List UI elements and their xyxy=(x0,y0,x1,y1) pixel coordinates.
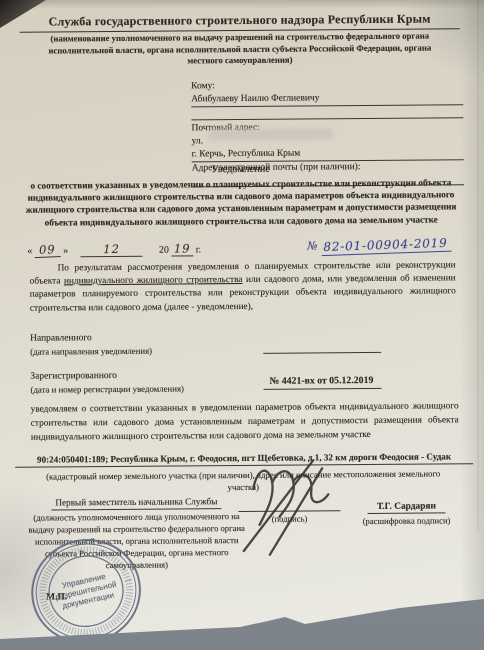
year-suffix: г. xyxy=(196,244,201,255)
close-quote: » xyxy=(63,245,68,256)
sent-label: Направленного xyxy=(30,333,92,343)
recipient-blank-line xyxy=(191,105,463,120)
document-content: Служба государственного строительного на… xyxy=(0,0,484,650)
signatory-name-block: Т.Г. Сардарян (расшифровка подписи) xyxy=(342,495,470,526)
p1-underlined-phrase: индивидуального жилищного строительства xyxy=(64,275,243,286)
signatory-position: Первый заместитель начальника Службы xyxy=(51,495,221,510)
registered-hint: (дата и номер регистрации уведомления) xyxy=(30,383,183,394)
handwritten-day: 09 xyxy=(34,242,61,258)
sent-hint: (дата направления уведомления) xyxy=(30,346,152,357)
handwritten-year: 19 xyxy=(171,241,193,256)
issuing-authority-hint: (наименование уполномоченного на выдачу … xyxy=(38,30,442,68)
registered-label: Зарегистрированного xyxy=(30,371,117,382)
year-century: 20 xyxy=(159,245,169,256)
notice-subtitle: о соответствии указанных в уведомлении о… xyxy=(25,176,457,228)
handwritten-document-number: 82-01-00904-2019 xyxy=(321,236,452,256)
paper-sheet: Служба государственного строительного на… xyxy=(0,0,484,650)
sent-date-blank-line xyxy=(263,351,381,354)
document-number-block: № 82-01-00904-2019 xyxy=(307,237,451,254)
number-sign: № xyxy=(307,239,318,252)
paragraph-compliance-statement: уведомляем о соответствии указанных в ув… xyxy=(31,400,459,445)
handwritten-signature-icon xyxy=(225,454,348,561)
registration-number-value: № 4421-вх от 05.12.2019 xyxy=(263,375,381,390)
open-quote: « xyxy=(27,246,32,257)
signatory-name: Т.Г. Сардарян xyxy=(367,501,446,514)
issuing-authority-title: Служба государственного строительного на… xyxy=(20,11,460,32)
date-and-number-row: « 09 » 12 20 19 г. № 82-01-00904-2019 xyxy=(27,239,457,260)
paragraph-review-result: По результатам рассмотрения уведомления … xyxy=(30,259,456,315)
signatory-name-hint: (расшифровка подписи) xyxy=(343,515,471,526)
document-photo: Служба государственного строительного на… xyxy=(0,0,484,650)
redacted-street-smudge xyxy=(208,128,332,140)
handwritten-month: 12 xyxy=(81,242,143,257)
